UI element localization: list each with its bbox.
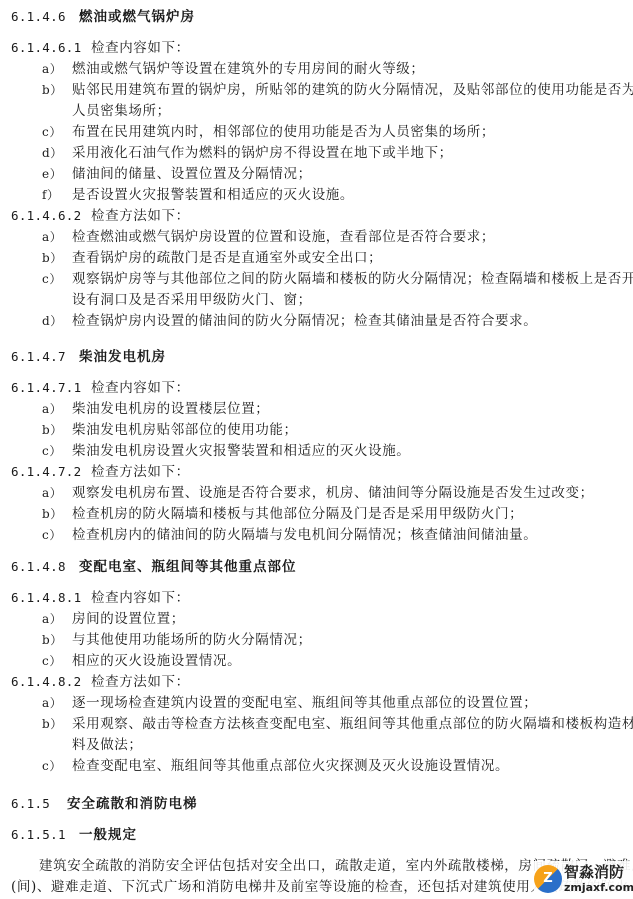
section-title: 燃油或燃气锅炉房 xyxy=(79,9,195,25)
list-marker: c） xyxy=(42,526,72,544)
list-marker: b） xyxy=(42,249,72,267)
list-item: b）查看锅炉房的疏散门是否是直通室外或安全出口； xyxy=(42,249,382,267)
list-text: 房间的设置位置； xyxy=(72,611,185,627)
list-marker: c） xyxy=(42,442,72,460)
list-marker: c） xyxy=(42,652,72,670)
list-marker: a） xyxy=(42,400,72,418)
list-item: a）检查燃油或燃气锅炉房设置的位置和设施，查看部位是否符合要求； xyxy=(42,228,495,246)
subsection-number: 6.1.4.7.1 xyxy=(11,379,91,397)
watermark-logo-icon: Z xyxy=(534,865,562,893)
subsection-title: 检查方法如下： xyxy=(91,208,190,224)
section-title: 变配电室、瓶组间等其他重点部位 xyxy=(79,559,297,575)
list-text: 采用液化石油气作为燃料的锅炉房不得设置在地下或半地下； xyxy=(72,145,453,161)
list-text: 柴油发电机房设置火灾报警装置和相适应的灭火设施。 xyxy=(72,443,410,459)
list-marker: c） xyxy=(42,757,72,775)
list-text: 观察锅炉房等与其他部位之间的防火隔墙和楼板的防火分隔情况；检查隔墙和楼板上是否开 xyxy=(72,271,633,287)
list-marker: a） xyxy=(42,60,72,78)
section-heading-6148: 6.1.4.8变配电室、瓶组间等其他重点部位 xyxy=(11,558,297,576)
list-item: b）采用观察、敲击等检查方法核查变配电室、瓶组间等其他重点部位的防火隔墙和楼板构… xyxy=(42,715,633,733)
list-item-continuation: 人员密集场所； xyxy=(72,102,171,120)
list-marker: a） xyxy=(42,484,72,502)
list-item: f）是否设置火灾报警装置和相适应的灭火设施。 xyxy=(42,186,354,204)
list-item: e）储油间的储量、设置位置及分隔情况； xyxy=(42,165,312,183)
list-marker: d） xyxy=(42,312,72,330)
list-text: 贴邻民用建筑布置的锅炉房，所贴邻的建筑的防火分隔情况，及贴邻部位的使用功能是否为 xyxy=(72,82,633,98)
section-number: 6.1.5.1 xyxy=(11,826,79,844)
list-item: c）柴油发电机房设置火灾报警装置和相适应的灭火设施。 xyxy=(42,442,410,460)
list-text: 与其他使用功能场所的防火分隔情况； xyxy=(72,632,312,648)
list-item: d）检查锅炉房内设置的储油间的防火分隔情况；检查其储油量是否符合要求。 xyxy=(42,312,537,330)
list-item: c）观察锅炉房等与其他部位之间的防火隔墙和楼板的防火分隔情况；检查隔墙和楼板上是… xyxy=(42,270,633,288)
subsection-title: 检查内容如下： xyxy=(91,40,190,56)
section-title: 柴油发电机房 xyxy=(79,349,166,365)
section-number: 6.1.4.6 xyxy=(11,8,79,26)
subsection-heading-61461: 6.1.4.6.1检查内容如下： xyxy=(11,39,190,57)
list-item: c）检查机房内的储油间的防火隔墙与发电机间分隔情况；核查储油间储油量。 xyxy=(42,526,537,544)
list-item: d）采用液化石油气作为燃料的锅炉房不得设置在地下或半地下； xyxy=(42,144,453,162)
list-text: 柴油发电机房的设置楼层位置； xyxy=(72,401,269,417)
list-marker: a） xyxy=(42,694,72,712)
subsection-number: 6.1.4.6.1 xyxy=(11,39,91,57)
subsection-heading-61471: 6.1.4.7.1检查内容如下： xyxy=(11,379,190,397)
list-marker: a） xyxy=(42,610,72,628)
list-marker: c） xyxy=(42,123,72,141)
section-heading-6147: 6.1.4.7柴油发电机房 xyxy=(11,348,166,366)
list-item: c）相应的灭火设施设置情况。 xyxy=(42,652,241,670)
list-marker: d） xyxy=(42,144,72,162)
list-item: a）燃油或燃气锅炉等设置在建筑外的专用房间的耐火等级； xyxy=(42,60,425,78)
watermark: Z 智淼消防 zmjaxf.com xyxy=(534,861,633,899)
section-title: 安全疏散和消防电梯 xyxy=(67,796,198,812)
list-item: a）逐一现场检查建筑内设置的变配电室、瓶组间等其他重点部位的设置位置； xyxy=(42,694,537,712)
list-marker: b） xyxy=(42,81,72,99)
list-text: 检查燃油或燃气锅炉房设置的位置和设施，查看部位是否符合要求； xyxy=(72,229,495,245)
list-item: b）检查机房的防火隔墙和楼板与其他部位分隔及门是否是采用甲级防火门； xyxy=(42,505,523,523)
list-item: b）与其他使用功能场所的防火分隔情况； xyxy=(42,631,312,649)
subsection-number: 6.1.4.7.2 xyxy=(11,463,91,481)
list-item: b）贴邻民用建筑布置的锅炉房，所贴邻的建筑的防火分隔情况，及贴邻部位的使用功能是… xyxy=(42,81,633,99)
list-item-continuation: 设有洞口及是否采用甲级防火门、窗； xyxy=(72,291,312,309)
list-text: 柴油发电机房贴邻部位的使用功能； xyxy=(72,422,298,438)
watermark-name: 智淼消防 xyxy=(564,861,624,882)
list-text: 布置在民用建筑内时，相邻部位的使用功能是否为人员密集的场所； xyxy=(72,124,495,140)
section-number: 6.1.5 xyxy=(11,795,67,813)
list-marker: b） xyxy=(42,421,72,439)
subsection-title: 检查内容如下： xyxy=(91,590,190,606)
subsection-heading-61462: 6.1.4.6.2检查方法如下： xyxy=(11,207,190,225)
list-text: 逐一现场检查建筑内设置的变配电室、瓶组间等其他重点部位的设置位置； xyxy=(72,695,537,711)
section-number: 6.1.4.8 xyxy=(11,558,79,576)
document-page: 6.1.4.6燃油或燃气锅炉房 6.1.4.6.1检查内容如下： a）燃油或燃气… xyxy=(0,0,633,899)
list-item: c）检查变配电室、瓶组间等其他重点部位火灾探测及灭火设施设置情况。 xyxy=(42,757,509,775)
list-text: 燃油或燃气锅炉等设置在建筑外的专用房间的耐火等级； xyxy=(72,61,425,77)
subsection-number: 6.1.4.6.2 xyxy=(11,207,91,225)
subsection-number: 6.1.4.8.2 xyxy=(11,673,91,691)
list-marker: c） xyxy=(42,270,72,288)
section-heading-6146: 6.1.4.6燃油或燃气锅炉房 xyxy=(11,8,195,26)
list-marker: f） xyxy=(42,186,72,204)
list-text: 储油间的储量、设置位置及分隔情况； xyxy=(72,166,312,182)
subsection-heading-61472: 6.1.4.7.2检查方法如下： xyxy=(11,463,190,481)
list-text: 检查机房内的储油间的防火隔墙与发电机间分隔情况；核查储油间储油量。 xyxy=(72,527,537,543)
list-text: 检查锅炉房内设置的储油间的防火分隔情况；检查其储油量是否符合要求。 xyxy=(72,313,537,329)
section-heading-6151: 6.1.5.1一般规定 xyxy=(11,826,137,844)
list-text: 观察发电机房布置、设施是否符合要求，机房、储油间等分隔设施是否发生过改变； xyxy=(72,485,594,501)
list-marker: e） xyxy=(42,165,72,183)
subsection-title: 检查方法如下： xyxy=(91,464,190,480)
list-item: a）柴油发电机房的设置楼层位置； xyxy=(42,400,269,418)
list-marker: b） xyxy=(42,631,72,649)
section-heading-615: 6.1.5安全疏散和消防电梯 xyxy=(11,795,198,813)
list-item: a）房间的设置位置； xyxy=(42,610,185,628)
subsection-heading-61482: 6.1.4.8.2检查方法如下： xyxy=(11,673,190,691)
list-item: b）柴油发电机房贴邻部位的使用功能； xyxy=(42,421,298,439)
subsection-title: 检查方法如下： xyxy=(91,674,190,690)
list-marker: b） xyxy=(42,715,72,733)
list-item: c）布置在民用建筑内时，相邻部位的使用功能是否为人员密集的场所； xyxy=(42,123,495,141)
subsection-heading-61481: 6.1.4.8.1检查内容如下： xyxy=(11,589,190,607)
section-number: 6.1.4.7 xyxy=(11,348,79,366)
list-marker: b） xyxy=(42,505,72,523)
list-item-continuation: 料及做法； xyxy=(72,736,143,754)
watermark-url: zmjaxf.com xyxy=(564,881,633,894)
list-marker: a） xyxy=(42,228,72,246)
list-text: 是否设置火灾报警装置和相适应的灭火设施。 xyxy=(72,187,354,203)
list-text: 相应的灭火设施设置情况。 xyxy=(72,653,241,669)
list-text: 检查变配电室、瓶组间等其他重点部位火灾探测及灭火设施设置情况。 xyxy=(72,758,509,774)
list-text: 查看锅炉房的疏散门是否是直通室外或安全出口； xyxy=(72,250,382,266)
list-item: a）观察发电机房布置、设施是否符合要求，机房、储油间等分隔设施是否发生过改变； xyxy=(42,484,594,502)
list-text: 采用观察、敲击等检查方法核查变配电室、瓶组间等其他重点部位的防火隔墙和楼板构造材 xyxy=(72,716,633,732)
subsection-title: 检查内容如下： xyxy=(91,380,190,396)
subsection-number: 6.1.4.8.1 xyxy=(11,589,91,607)
section-title: 一般规定 xyxy=(79,827,137,843)
list-text: 检查机房的防火隔墙和楼板与其他部位分隔及门是否是采用甲级防火门； xyxy=(72,506,523,522)
